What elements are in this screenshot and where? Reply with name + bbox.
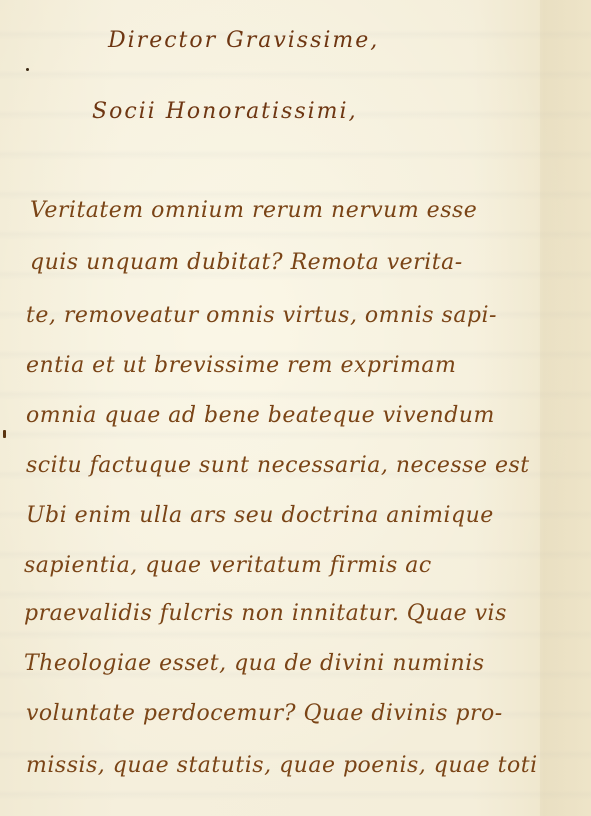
text-line-10: Theologiae esset, qua de divini numinis [24, 653, 485, 675]
text-line-1: Veritatem omnium rerum nervum esse [30, 200, 477, 222]
text-line-2: quis unquam dubitat? Remota verita- [30, 252, 463, 274]
text-line-5: omnia quae ad bene beateque vivendum [26, 405, 495, 427]
text-line-11: voluntate perdocemur? Quae divinis pro- [26, 703, 503, 725]
text-line-4: entia et ut brevissime rem exprimam [26, 355, 456, 377]
text-line-6: scitu factuque sunt necessaria, necesse … [26, 455, 530, 477]
text-line-9: praevalidis fulcris non innitatur. Quae … [24, 603, 507, 625]
ink-speck [26, 68, 29, 71]
text-line-3: te, removeatur omnis virtus, omnis sapi- [26, 305, 497, 327]
salutation-director: Director Gravissime, [108, 30, 379, 52]
margin-mark [3, 430, 6, 438]
text-line-12: missis, quae statutis, quae poenis, quae… [26, 755, 538, 777]
page-edge-shading [540, 0, 591, 816]
text-line-8: sapientia, quae veritatum firmis ac [24, 555, 432, 577]
salutation-socii: Socii Honoratissimi, [92, 101, 358, 123]
text-line-7: Ubi enim ulla ars seu doctrina animique [26, 505, 494, 527]
manuscript-page: Director Gravissime, Socii Honoratissimi… [0, 0, 591, 816]
